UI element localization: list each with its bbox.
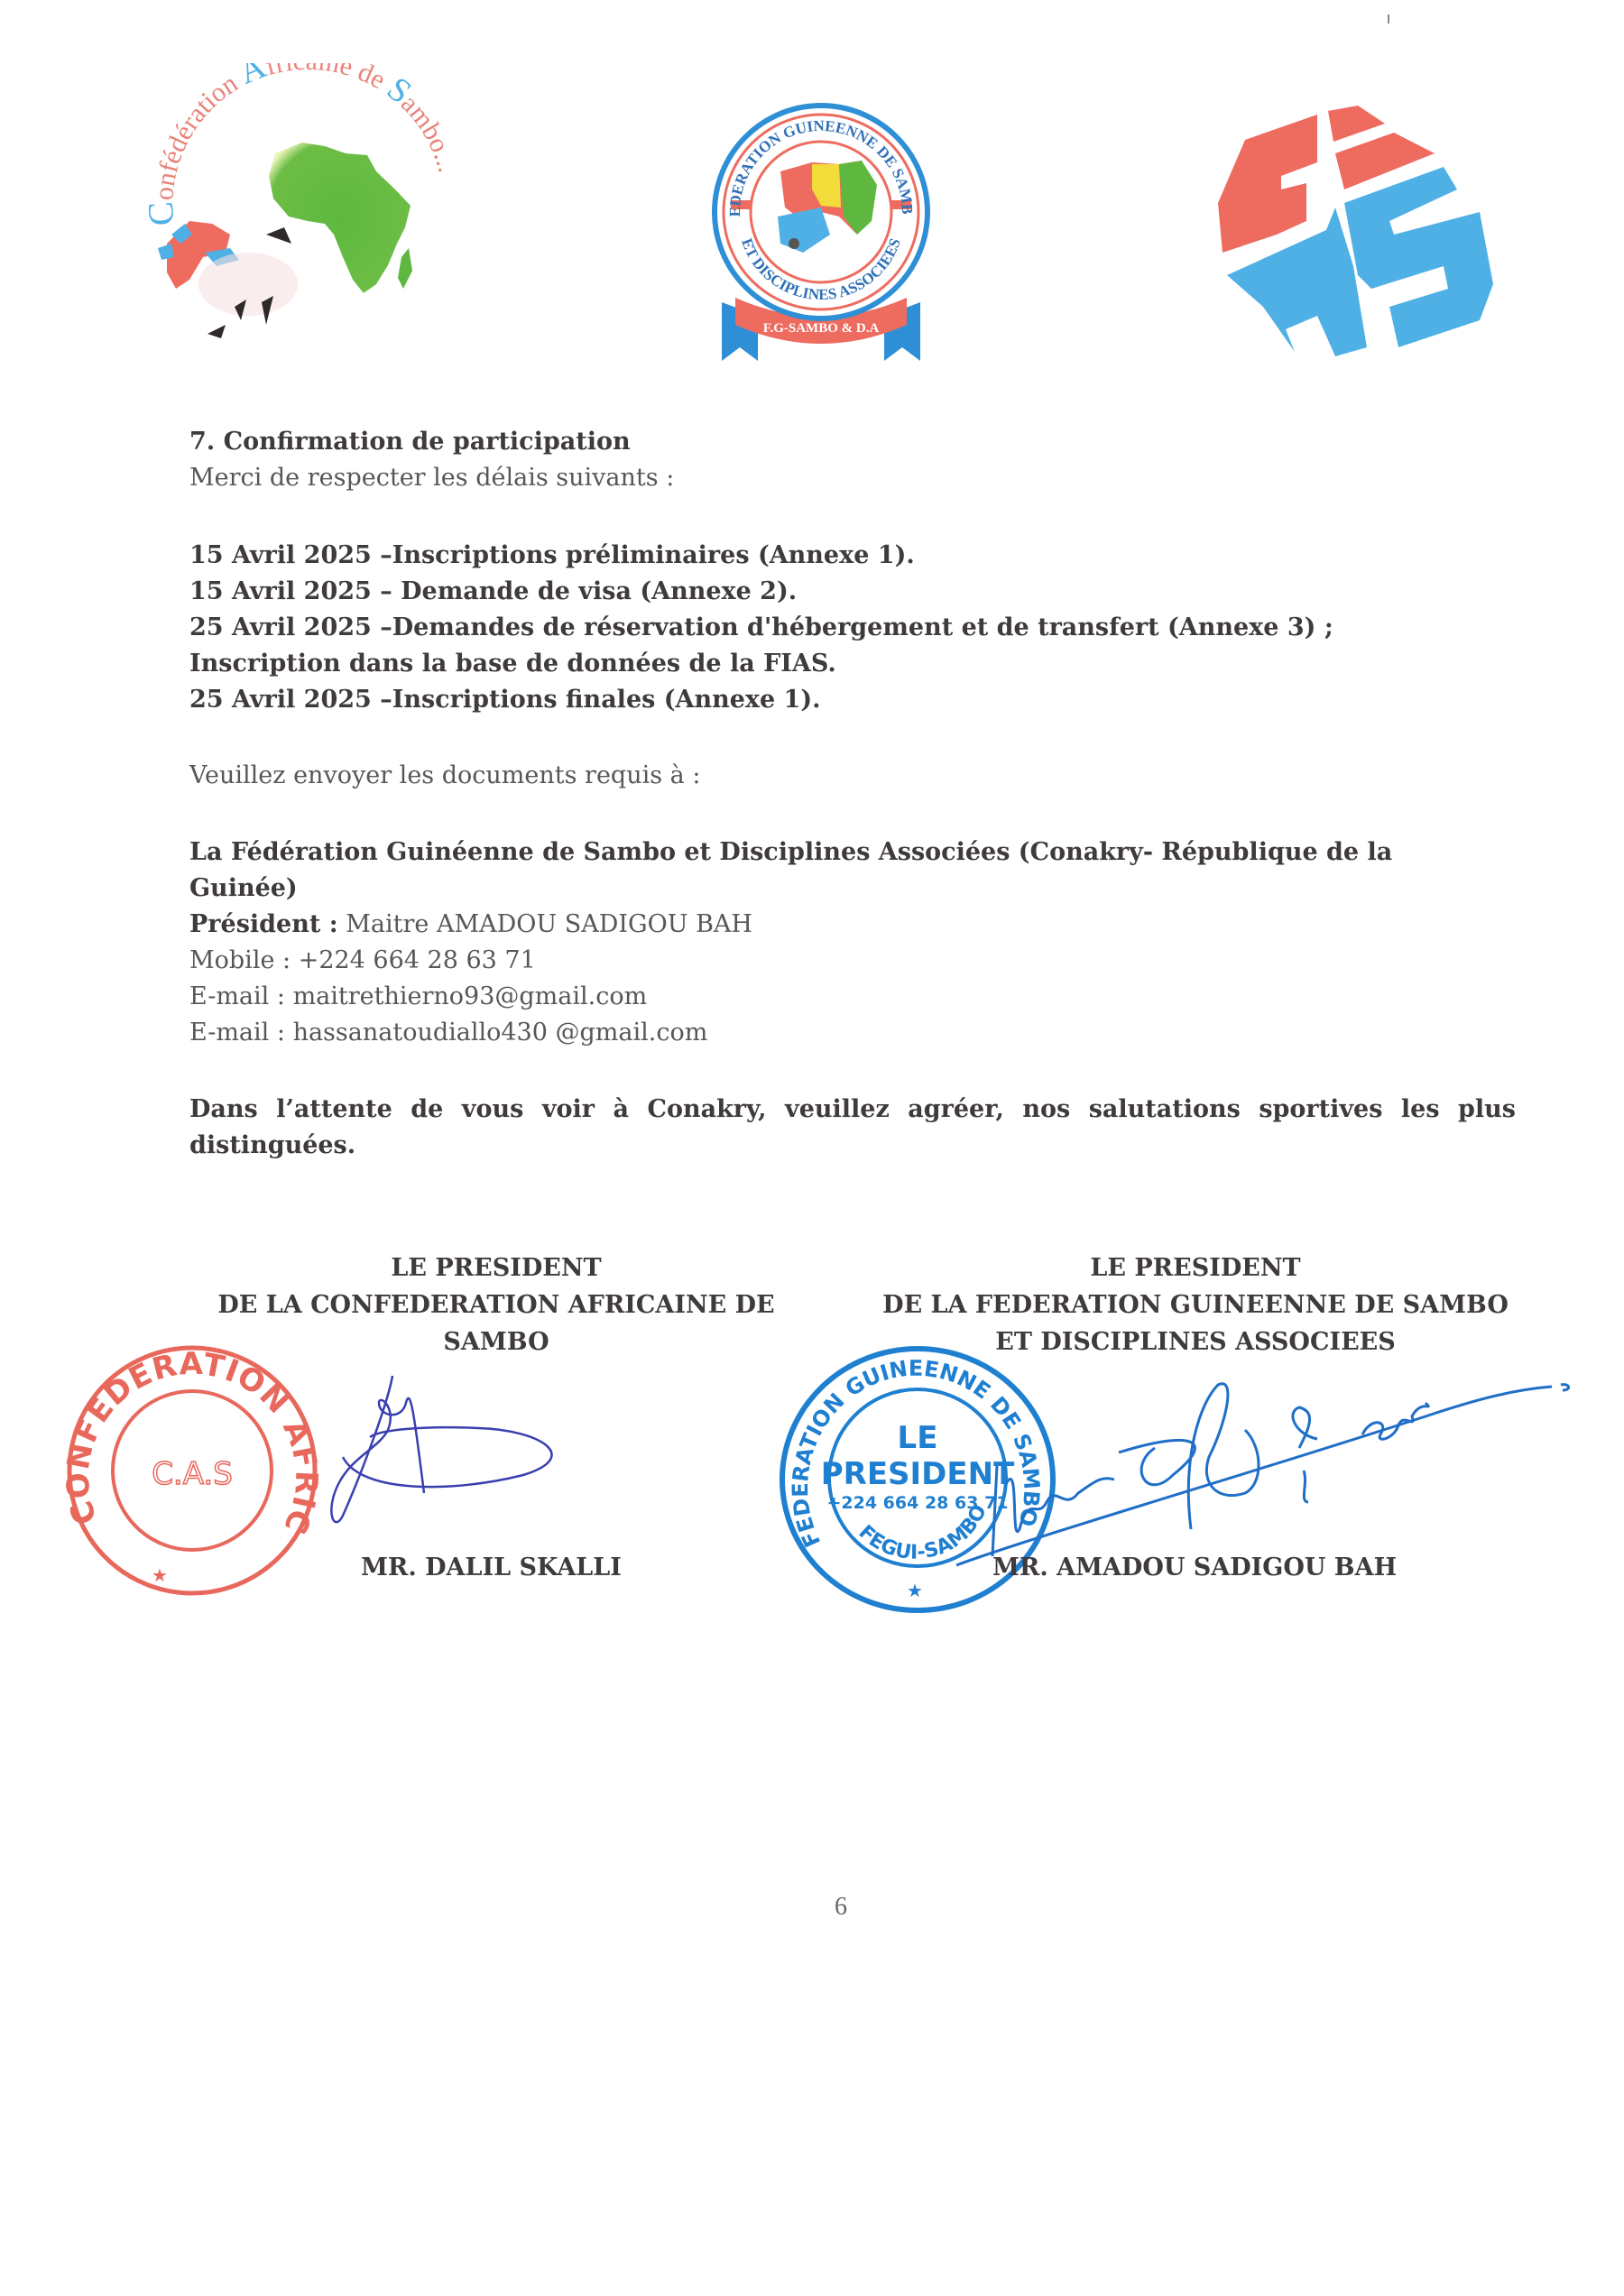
fias-logo <box>1209 104 1498 374</box>
president-value: Maitre AMADOU SADIGOU BAH <box>338 910 752 938</box>
svg-text:CONFEDERATION AFRICAINE DE SAM: CONFEDERATION AFRICAINE DE SAMBO <box>61 1340 323 1539</box>
right-signatory-name: MR. AMADOU SADIGOU BAH <box>992 1554 1397 1581</box>
svg-text:C.A.S: C.A.S <box>152 1456 233 1492</box>
title-line: LE PRESIDENT <box>189 1249 803 1286</box>
mobile-number: Mobile : +224 664 28 63 71 <box>189 943 536 979</box>
email-link[interactable]: E-mail : hassanatoudiallo430 @gmail.com <box>189 1015 707 1051</box>
president-label: Président : <box>189 910 338 938</box>
right-handwritten-signature <box>920 1349 1606 1583</box>
email-link[interactable]: E-mail : maitrethierno93@gmail.com <box>189 979 647 1015</box>
president-line: Président : Maitre AMADOU SADIGOU BAH <box>189 907 752 943</box>
left-handwritten-signature <box>325 1367 586 1538</box>
section-title: 7. Confirmation de participation <box>189 424 631 460</box>
cas-stamp: CONFEDERATION AFRICAINE DE SAMBO C.A.S ★ <box>61 1340 323 1601</box>
title-line: DE LA CONFEDERATION AFRICAINE DE <box>189 1286 803 1323</box>
page-number: 6 <box>835 1893 847 1922</box>
section-intro: Merci de respecter les délais suivants : <box>189 460 674 496</box>
deadline-item: Inscription dans la base de données de l… <box>189 646 836 682</box>
left-signatory-name: MR. DALIL SKALLI <box>361 1554 622 1581</box>
deadline-item: 15 Avril 2025 – Demande de visa (Annexe … <box>189 574 797 610</box>
closing-paragraph: Dans l’attente de vous voir à Conakry, v… <box>189 1092 1516 1164</box>
svg-text:★: ★ <box>152 1564 168 1586</box>
deadline-item: 25 Avril 2025 –Demandes de réservation d… <box>189 610 1333 646</box>
deadline-item: 15 Avril 2025 –Inscriptions préliminaire… <box>189 538 915 574</box>
deadline-item: 25 Avril 2025 –Inscriptions finales (Ann… <box>189 682 821 718</box>
organization-name: La Fédération Guinéenne de Sambo et Disc… <box>189 834 1471 907</box>
send-documents-intro: Veuillez envoyer les documents requis à … <box>189 758 700 794</box>
cas-logo: Confédération Africaine de Sambo... <box>140 63 483 352</box>
title-line: DE LA FEDERATION GUINEENNE DE SAMBO <box>866 1286 1525 1323</box>
scan-mark <box>1388 14 1389 23</box>
svg-text:F.G-SAMBO & D.A: F.G-SAMBO & D.A <box>763 321 880 336</box>
title-line: LE PRESIDENT <box>866 1249 1525 1286</box>
fgs-logo: FEDERATION GUINEENNE DE SAMBO ET DISCIPL… <box>704 99 938 370</box>
